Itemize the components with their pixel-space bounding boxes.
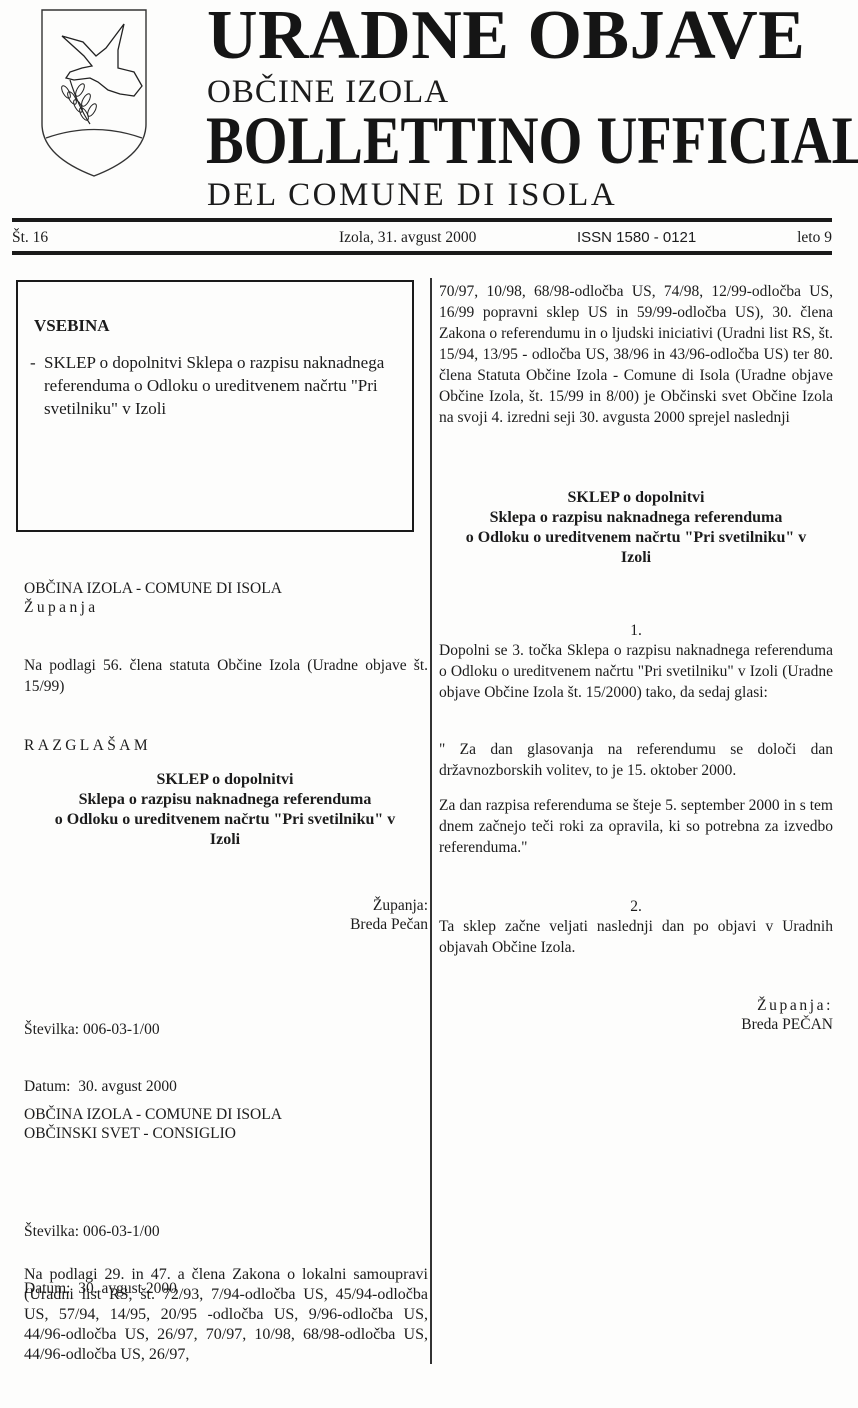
continuation-paragraph: 70/97, 10/98, 68/98-odločba US, 74/98, 1… [439,281,833,428]
article-1-paragraph-2: " Za dan glasovanja na referendumu se do… [439,739,833,781]
article-2-number: 2. [437,898,835,916]
doc1-signature: Županja: Breda Pečan [24,896,428,934]
dove-olive-branch-shield-icon [38,6,150,178]
contents-heading: VSEBINA [34,316,110,336]
doc2-legal-basis: Na podlagi 29. in 47. a člena Zakona o l… [24,1265,428,1363]
article-1-paragraph-3: Za dan razpisa referenduma se šteje 5. s… [439,795,833,858]
doc2-issuer: OBČINA IZOLA - COMUNE DI ISOLA OBČINSKI … [24,1105,424,1143]
doc1-title-line4: Izoli [18,830,432,850]
resolution-title-line3: o Odloku o ureditvenem načrtu "Pri sveti… [437,528,835,548]
contents-bullet: - [30,351,36,374]
masthead-subtitle-italian: DEL COMUNE DI ISOLA [207,175,617,215]
masthead-rule-top [12,218,832,222]
article-2-paragraph-1: Ta sklep začne veljati naslednji dan po … [439,916,833,958]
article-1-number: 1. [437,622,835,640]
masthead-title-slovene: URADNE OBJAVE [207,0,805,76]
issue-place-date: Izola, 31. avgust 2000 [339,229,476,247]
doc1-legal-basis: Na podlagi 56. člena statuta Občine Izol… [24,655,428,697]
doc1-issuer: OBČINA IZOLA - COMUNE DI ISOLA Županja [24,579,424,617]
doc2-issuer-line2: OBČINSKI SVET - CONSIGLIO [24,1124,424,1143]
resolution-title-line1: SKLEP o dopolnitvi [437,488,835,508]
doc1-issuer-line1: OBČINA IZOLA - COMUNE DI ISOLA [24,579,424,598]
masthead-title-italian: BOLLETTINO UFFICIALE [206,100,858,180]
doc2-legal-basis-clip: Na podlagi 29. in 47. a člena Zakona o l… [24,1265,428,1363]
masthead-rule-bottom [12,251,832,255]
issue-year: leto 9 [797,229,832,247]
doc2-issuer-line1: OBČINA IZOLA - COMUNE DI ISOLA [24,1105,424,1124]
contents-item[interactable]: - SKLEP o dopolnitvi Sklepa o razpisu na… [30,351,390,420]
doc2-number: Številka: 006-03-1/00 [24,1222,424,1241]
doc1-reference: Številka: 006-03-1/00 Datum: 30. avgust … [24,982,424,1115]
doc1-date: Datum: 30. avgust 2000 [24,1077,424,1096]
issue-info-row: Št. 16 Izola, 31. avgust 2000 ISSN 1580 … [12,229,832,251]
doc1-signer-role: Županja: [24,896,428,915]
doc1-title: SKLEP o dopolnitvi Sklepa o razpisu nakn… [18,770,432,850]
doc1-proclaim: RAZGLAŠAM [24,737,151,755]
resolution-signer-name: Breda PEČAN [437,1015,833,1034]
doc1-number: Številka: 006-03-1/00 [24,1020,424,1039]
issue-number: Št. 16 [12,229,48,247]
article-1-paragraph-1: Dopolni se 3. točka Sklepa o razpisu nak… [439,640,833,703]
resolution-title-line4: Izoli [437,548,835,568]
issue-issn: ISSN 1580 - 0121 [577,229,696,246]
resolution-title-line2: Sklepa o razpisu naknadnega referenduma [437,508,835,528]
doc1-signer-name: Breda Pečan [24,915,428,934]
doc1-title-line1: SKLEP o dopolnitvi [18,770,432,790]
resolution-signature: Županja: Breda PEČAN [437,996,833,1034]
resolution-signer-role: Županja: [437,996,833,1015]
contents-item-text[interactable]: SKLEP o dopolnitvi Sklepa o razpisu nakn… [30,351,390,420]
resolution-title: SKLEP o dopolnitvi Sklepa o razpisu nakn… [437,488,835,568]
doc1-title-line2: Sklepa o razpisu naknadnega referenduma [18,790,432,810]
doc1-issuer-line2: Županja [24,598,424,617]
doc1-title-line3: o Odloku o ureditvenem načrtu "Pri sveti… [18,810,432,830]
